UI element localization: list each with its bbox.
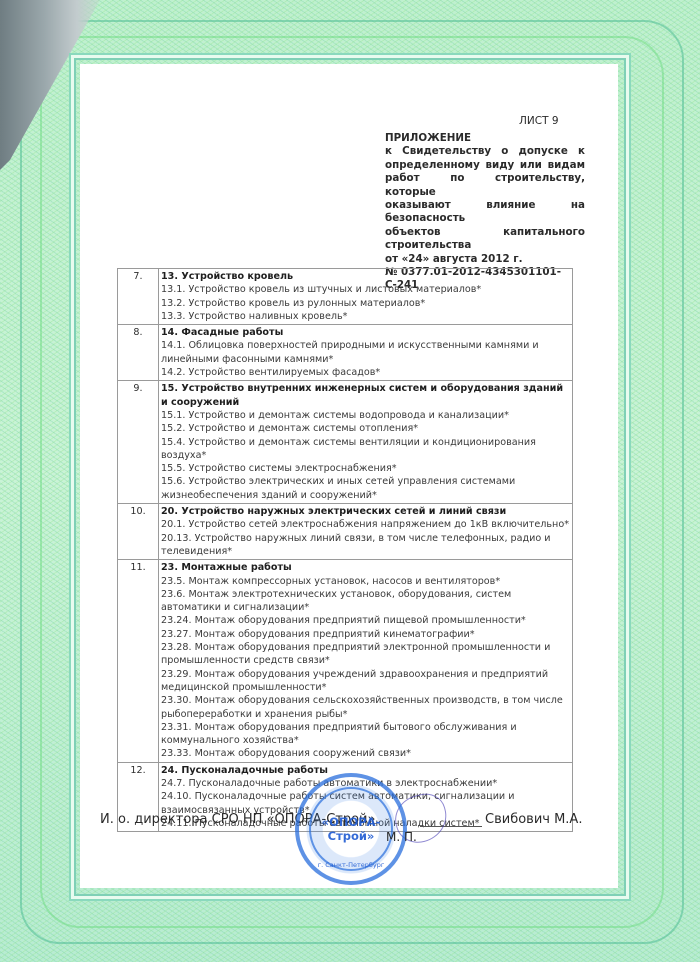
row-number: 9. <box>118 381 159 504</box>
work-item: 23.31. Монтаж оборудования предприятий б… <box>161 721 572 748</box>
work-item: 23.6. Монтаж электротехнических установо… <box>161 588 572 615</box>
header-line: объектов капитального <box>385 226 585 239</box>
work-item: 14.1. Облицовка поверхностей природными … <box>161 339 572 366</box>
section-title: 23. Монтажные работы <box>161 561 572 574</box>
work-item: 23.5. Монтаж компрессорных установок, на… <box>161 575 572 588</box>
header-line: к Свидетельству о допуске к <box>385 145 585 158</box>
section-title: 13. Устройство кровель <box>161 270 572 283</box>
header-date: от «24» августа 2012 г. <box>385 253 585 266</box>
row-content: 20. Устройство наружных электрических се… <box>159 504 573 560</box>
table-row: 10.20. Устройство наружных электрических… <box>118 504 573 560</box>
table-row: 11.23. Монтажные работы23.5. Монтаж комп… <box>118 560 573 762</box>
work-item: 20.1. Устройство сетей электроснабжения … <box>161 518 572 531</box>
row-content: 14. Фасадные работы14.1. Облицовка повер… <box>159 325 573 381</box>
header-line: определенному виду или видам <box>385 159 585 172</box>
work-item: 13.2. Устройство кровель из рулонных мат… <box>161 297 572 310</box>
work-item: 23.27. Монтаж оборудования предприятий к… <box>161 628 572 641</box>
appendix-title: ПРИЛОЖЕНИЕ <box>385 132 585 145</box>
row-content: 15. Устройство внутренних инженерных сис… <box>159 381 573 504</box>
work-item: 15.6. Устройство электрических и иных се… <box>161 475 572 502</box>
section-title: 20. Устройство наружных электрических се… <box>161 505 572 518</box>
work-item: 20.13. Устройство наружных линий связи, … <box>161 532 572 559</box>
work-item: 15.5. Устройство системы электроснабжени… <box>161 462 572 475</box>
row-content: 23. Монтажные работы23.5. Монтаж компрес… <box>159 560 573 762</box>
work-types-table: 7.13. Устройство кровель13.1. Устройство… <box>117 268 573 832</box>
work-item: 23.33. Монтаж оборудования сооружений св… <box>161 747 572 760</box>
work-item: 23.29. Монтаж оборудования учреждений зд… <box>161 668 572 695</box>
organization-stamp: «ОПОРА-Строй» г. Санкт-Петербург <box>295 773 407 885</box>
header-line: оказывают влияние на безопасность <box>385 199 585 226</box>
signatory-name: Свибович М.А. <box>485 812 582 827</box>
row-content: 13. Устройство кровель13.1. Устройство к… <box>159 269 573 325</box>
work-item: 23.28. Монтаж оборудования предприятий э… <box>161 641 572 668</box>
work-item: 23.24. Монтаж оборудования предприятий п… <box>161 614 572 627</box>
header-line: работ по строительству, которые <box>385 172 585 199</box>
row-number: 11. <box>118 560 159 762</box>
work-item: 15.4. Устройство и демонтаж системы вент… <box>161 436 572 463</box>
table-row: 9.15. Устройство внутренних инженерных с… <box>118 381 573 504</box>
header-line: строительства <box>385 239 585 252</box>
row-number: 7. <box>118 269 159 325</box>
work-item: 15.2. Устройство и демонтаж системы отоп… <box>161 422 572 435</box>
table-row: 8.14. Фасадные работы14.1. Облицовка пов… <box>118 325 573 381</box>
seal-mark: М. П. <box>386 830 417 844</box>
row-number: 8. <box>118 325 159 381</box>
work-item: 14.2. Устройство вентилируемых фасадов* <box>161 366 572 379</box>
work-item: 15.1. Устройство и демонтаж системы водо… <box>161 409 572 422</box>
table-row: 7.13. Устройство кровель13.1. Устройство… <box>118 269 573 325</box>
stamp-city: г. Санкт-Петербург <box>299 861 403 869</box>
sheet-number: ЛИСТ 9 <box>519 115 559 127</box>
work-item: 13.3. Устройство наливных кровель* <box>161 310 572 323</box>
work-item: 13.1. Устройство кровель из штучных и ли… <box>161 283 572 296</box>
section-title: 15. Устройство внутренних инженерных сис… <box>161 382 572 409</box>
section-title: 14. Фасадные работы <box>161 326 572 339</box>
work-item: 23.30. Монтаж оборудования сельскохозяйс… <box>161 694 572 721</box>
row-number: 10. <box>118 504 159 560</box>
